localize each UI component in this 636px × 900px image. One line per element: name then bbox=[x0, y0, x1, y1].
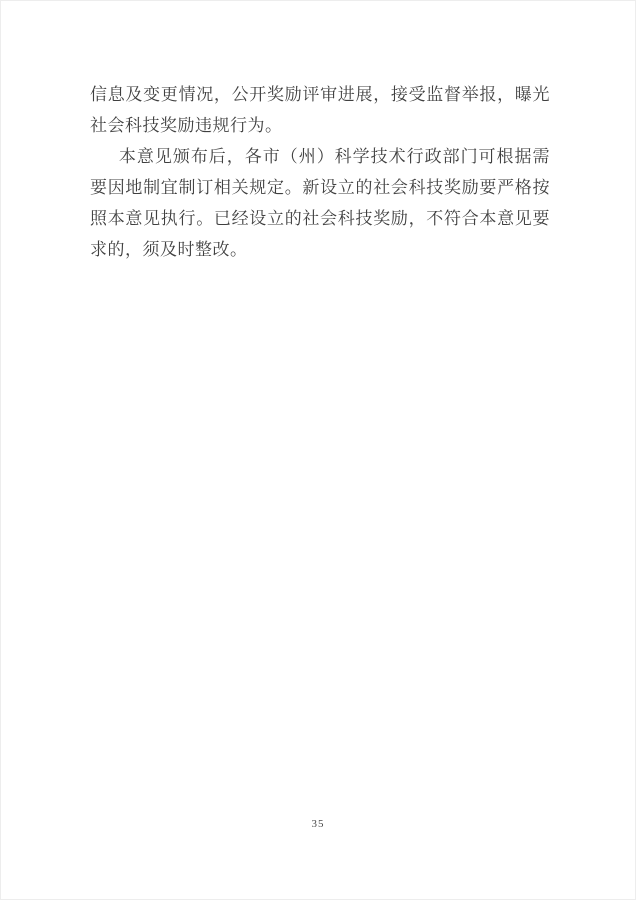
page-number: 35 bbox=[0, 816, 636, 832]
document-page: 信息及变更情况，公开奖励评审进展，接受监督举报，曝光社会科技奖励违规行为。 本意… bbox=[0, 0, 636, 900]
paragraph-continuation: 信息及变更情况，公开奖励评审进展，接受监督举报，曝光社会科技奖励违规行为。 bbox=[90, 79, 550, 141]
paragraph: 本意见颁布后，各市（州）科学技术行政部门可根据需要因地制宜制订相关规定。新设立的… bbox=[90, 141, 550, 265]
document-body: 信息及变更情况，公开奖励评审进展，接受监督举报，曝光社会科技奖励违规行为。 本意… bbox=[90, 79, 550, 265]
